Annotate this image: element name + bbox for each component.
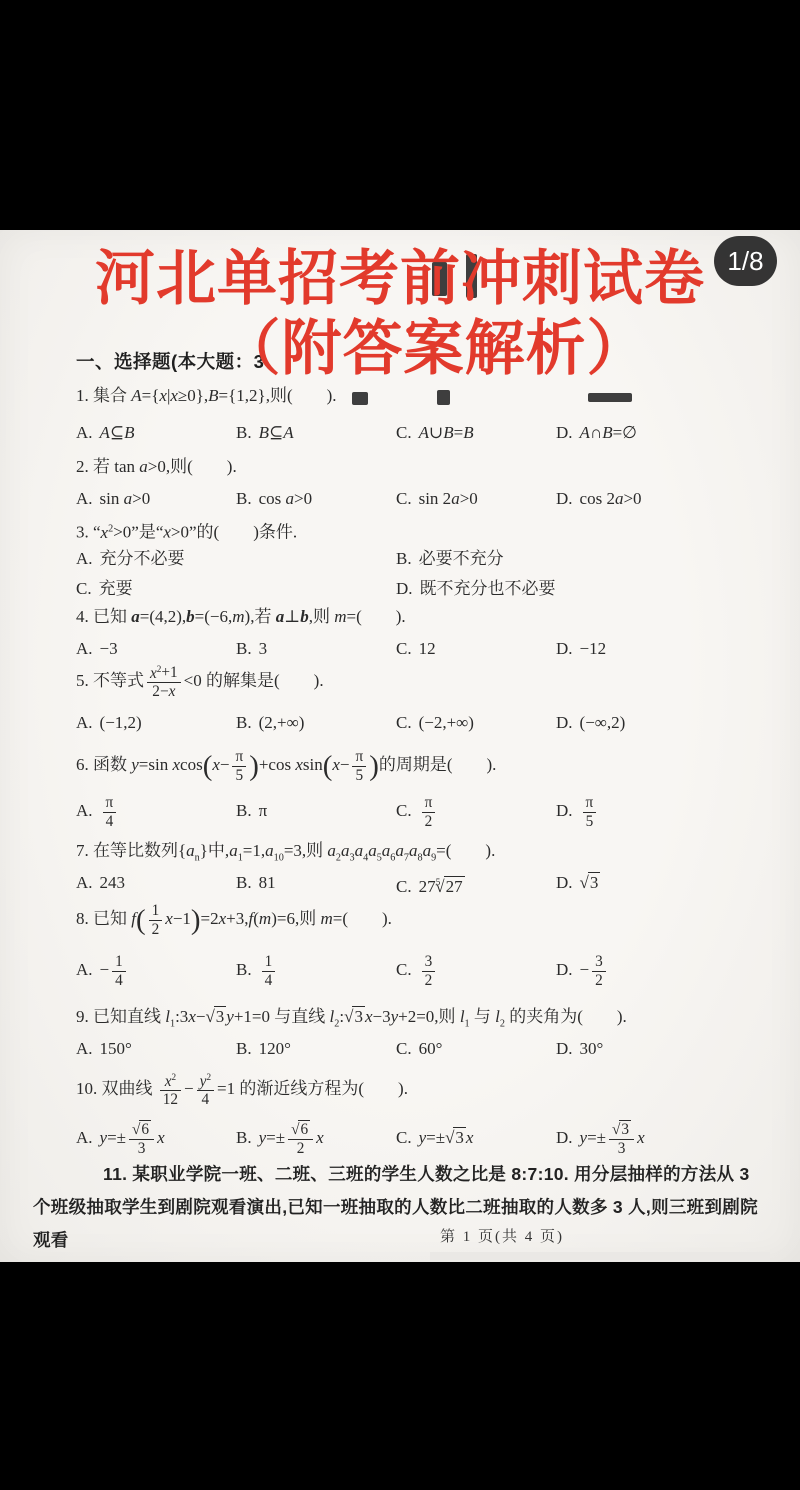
question-line: 6. 函数 y=sin xcos(x−π5)+cos xsin(x−π5)的周期… <box>76 738 762 792</box>
option-item: A.A⊆B <box>76 418 236 448</box>
page-indicator-badge: 1/8 <box>714 236 777 286</box>
option-item: B.120° <box>236 1034 396 1064</box>
options-row: A.(−1,2)B.(2,+∞)C.(−2,+∞)D.(−∞,2) <box>76 708 762 738</box>
options-row: A.A⊆BB.B⊆AC.A∪B=BD.A∩B=∅ <box>76 418 762 448</box>
overlay-title-line2: （附答案解析） <box>0 314 800 384</box>
paragraph-question: 11. 某职业学院一班、二班、三班的学生人数之比是 8:7:10. 用分层抽样的… <box>33 1158 772 1257</box>
option-item: B.cos a>0 <box>236 484 396 514</box>
option-item: C.sin 2a>0 <box>396 484 556 514</box>
option-item: B.(2,+∞) <box>236 708 396 738</box>
question-line: 8. 已知 f(12x−1)=2x+3,f(m)=6,则 m=( ). <box>76 892 762 946</box>
obscured-text-fragment <box>588 393 632 402</box>
option-item: B.14 <box>236 944 396 996</box>
option-item: D.(−∞,2) <box>556 708 762 738</box>
option-item: C.(−2,+∞) <box>396 708 556 738</box>
question-line: 5. 不等式x2+12−x<0 的解集是( ). <box>76 655 762 707</box>
viewer-stage: 一、选择题(本大题：3 1. 集合 A={x|x≥0},B={1,2},则( )… <box>0 0 800 1490</box>
option-item: C.60° <box>396 1034 556 1064</box>
options-row: A.sin a>0B.cos a>0C.sin 2a>0D.cos 2a>0 <box>76 484 762 514</box>
option-item: D.cos 2a>0 <box>556 484 762 514</box>
letterbox-bottom <box>0 1262 800 1490</box>
question-line: 4. 已知 a=(4,2),b=(−6,m),若 a⊥b,则 m=( ). <box>76 602 762 632</box>
options-row: A.π4B.πC.π2D.π5 <box>76 786 762 836</box>
question-line: 3. “x2>0”是“x>0”的( )条件. <box>76 514 762 548</box>
option-item: A.充分不必要 <box>76 544 396 574</box>
options-row: A.−14B.14C.32D.−32 <box>76 944 762 996</box>
exam-page-image[interactable]: 一、选择题(本大题：3 1. 集合 A={x|x≥0},B={1,2},则( )… <box>0 230 800 1262</box>
option-item: D.π5 <box>556 786 762 836</box>
option-item: A.−14 <box>76 944 236 996</box>
option-item: D.A∩B=∅ <box>556 418 762 448</box>
option-item: A.150° <box>76 1034 236 1064</box>
option-item: C.A∪B=B <box>396 418 556 448</box>
option-item: C.充要 <box>76 574 396 604</box>
question-line: 2. 若 tan a>0,则( ). <box>76 452 762 482</box>
options-row: A.150°B.120°C.60°D.30° <box>76 1034 762 1064</box>
option-item: B.必要不充分 <box>396 544 762 574</box>
document-content: 1. 集合 A={x|x≥0},B={1,2},则( ).A.A⊆BB.B⊆AC… <box>0 230 800 1262</box>
scan-artifact-strip <box>430 1252 770 1260</box>
option-item: D.30° <box>556 1034 762 1064</box>
overlay-title-line1: 河北单招考前冲刺试卷 <box>0 244 800 314</box>
option-item: B.π <box>236 786 396 836</box>
option-item: A.π4 <box>76 786 236 836</box>
question-line: 10. 双曲线 x212−y24=1 的渐近线方程为( ). <box>76 1062 762 1116</box>
obscured-text-fragment <box>352 392 368 405</box>
option-item: D.−32 <box>556 944 762 996</box>
option-item: A.(−1,2) <box>76 708 236 738</box>
question-line: 1. 集合 A={x|x≥0},B={1,2},则( ). <box>76 381 762 411</box>
obscured-text-fragment <box>437 390 450 405</box>
option-item: D.既不充分也不必要 <box>396 574 762 604</box>
option-item: C.π2 <box>396 786 556 836</box>
option-item: A.sin a>0 <box>76 484 236 514</box>
letterbox-top <box>0 0 800 230</box>
options-row: C.充要D.既不充分也不必要 <box>76 574 762 604</box>
option-item: C.32 <box>396 944 556 996</box>
option-item: B.B⊆A <box>236 418 396 448</box>
options-row: A.充分不必要B.必要不充分 <box>76 544 762 574</box>
